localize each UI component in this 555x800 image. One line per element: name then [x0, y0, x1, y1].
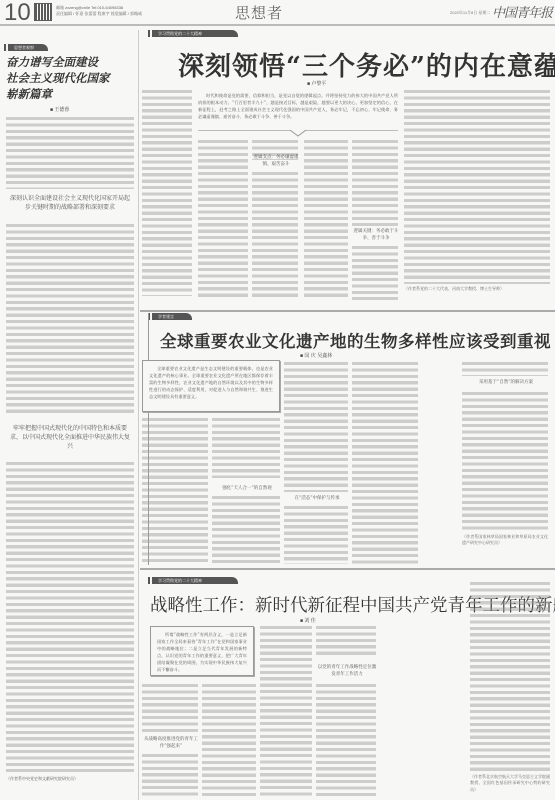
- article1-body-col5: [352, 140, 398, 226]
- article2-body-col2: [212, 418, 280, 478]
- article3-lead: 所谓“战略性工作”有两层含义，一是立足新国家工作全局来看待“青年工作”在党和国家…: [150, 626, 254, 676]
- article2-tag: 学者建言: [152, 313, 192, 320]
- article3-subheading-2: 以党的青年工作战略性定位激发青年工作活力: [316, 664, 378, 678]
- article1-lead: 时代和使命是党的需要，信仰和担当，是党以自觉的逻辑起点。并将坚持党力的伟大的中国…: [198, 92, 398, 126]
- article-divider: [140, 310, 555, 312]
- article2-body-col3: [284, 362, 348, 492]
- article1-body-col3: [252, 172, 298, 300]
- article2-footer: （作者系国家林草局国家林业和草原局农业文化遗产研究中心研究员）: [462, 534, 548, 554]
- page-number: 10: [4, 1, 31, 25]
- article3-body-col4: [316, 626, 376, 656]
- article2-body-col1: [142, 418, 208, 564]
- article3-body-col2: [202, 684, 256, 798]
- article1-tag: 学习贯彻党的二十大精神: [152, 30, 238, 37]
- section-tag: 思想者观察: [8, 44, 48, 51]
- section-title: 思想者: [235, 2, 283, 23]
- newspaper-logo: 中国青年报: [492, 2, 552, 21]
- left-article-body: [6, 462, 134, 772]
- contact-info: 邮箱 zxzeng@cnlie Tel:010-64098338 责任编辑 / …: [56, 5, 142, 17]
- masthead: 10 邮箱 zxzeng@cnlie Tel:010-64098338 责任编辑…: [0, 0, 555, 26]
- article1-body-col1: [142, 90, 192, 296]
- issue-date: 2022年11月8日 星期二: [450, 10, 490, 16]
- article1-body-col4: [304, 140, 348, 300]
- left-article-headline: 奋力谱写全面建设 社会主义现代化国家 崭新篇章: [6, 54, 136, 102]
- left-subheading-2: 牢牢把握中国式现代化的中国特色和本质要求，以中国式现代化全面推进中华民族伟大复兴: [8, 424, 132, 451]
- editor-line: 责任编辑 / 怀嘉 张蕾蕾 程康宇 视觉编辑 / 郭翰威: [56, 11, 142, 17]
- article3-body-col4: [316, 684, 376, 798]
- left-article-footer: （作者系中央党史和文献研究院研究员）: [6, 776, 134, 790]
- article2-body-col5: [462, 392, 548, 532]
- article2-byline: 闵 庆 吴鑫林: [300, 352, 332, 359]
- headline-line: 社会主义现代化国家: [6, 70, 136, 86]
- article2-subheading-3: 采用基于“自然”的解决方案: [462, 378, 550, 387]
- chevron-down-icon: [290, 129, 306, 137]
- article3-tag: 学习贯彻党的二十大精神: [152, 577, 238, 584]
- article1-headline: 深刻领悟“三个务必”的内在意蕴: [178, 46, 555, 83]
- article3-footer: （作者系北京航空航天大学马克思主义学院副教授、全国红色基因传承研究中心特约研究员…: [470, 774, 550, 794]
- article-divider: [140, 568, 555, 570]
- article2-body-col2: [212, 496, 280, 564]
- headline-line: 崭新篇章: [6, 86, 136, 102]
- article2-body-col3: [284, 506, 348, 564]
- article1-byline: 卢黎平: [307, 80, 326, 87]
- article2-headline: 全球重要农业文化遗产地的生物多样性应该受到重视: [160, 328, 551, 352]
- article3-subheading-1: 从战略高度推进党的青年工作“强起来”: [142, 736, 200, 750]
- article3-body-col1: [142, 684, 198, 734]
- left-article-byline: 王德蓉: [50, 106, 69, 113]
- article1-body-col6: [404, 90, 550, 284]
- article2-body-col4: [352, 362, 418, 564]
- article1-body-col5: [352, 246, 398, 300]
- article1-body-col2: [198, 140, 248, 300]
- article1-footer: （作者系党的二十大代表、河南大学教授、博士生导师）: [404, 286, 550, 300]
- qr-code-icon: [34, 3, 52, 21]
- article3-body-col1: [142, 754, 198, 798]
- article2-subheading-2: 在“活态”中保护与传承: [284, 494, 350, 503]
- left-article-body: [6, 117, 134, 189]
- article2-subheading-1: 强化“天人合一”的自然观: [212, 484, 282, 493]
- article1-subheading-2: 逻辑支点：务必谦虚谨慎、艰苦奋斗: [252, 154, 300, 168]
- left-article-body: [6, 224, 134, 416]
- article1-subheading-3: 逻辑关键：务必敢于斗争、善于斗争: [352, 228, 400, 242]
- article2-lead: 全球重要农业文化遗产是生态文明建设的重要载体，也是农业文化遗产的核心事业。全球重…: [142, 360, 280, 412]
- article2-body-col5: [462, 362, 548, 376]
- headline-line: 奋力谱写全面建设: [6, 54, 136, 70]
- left-subheading-1: 深刻认识全面建设社会主义现代化国家开局起步关键时期的战略部署和深刻要求: [8, 194, 132, 212]
- article3-body-col3: [260, 626, 312, 798]
- column-divider: [138, 30, 139, 800]
- article3-body-col5: [470, 582, 550, 772]
- article3-byline: 刘 佳: [300, 617, 316, 624]
